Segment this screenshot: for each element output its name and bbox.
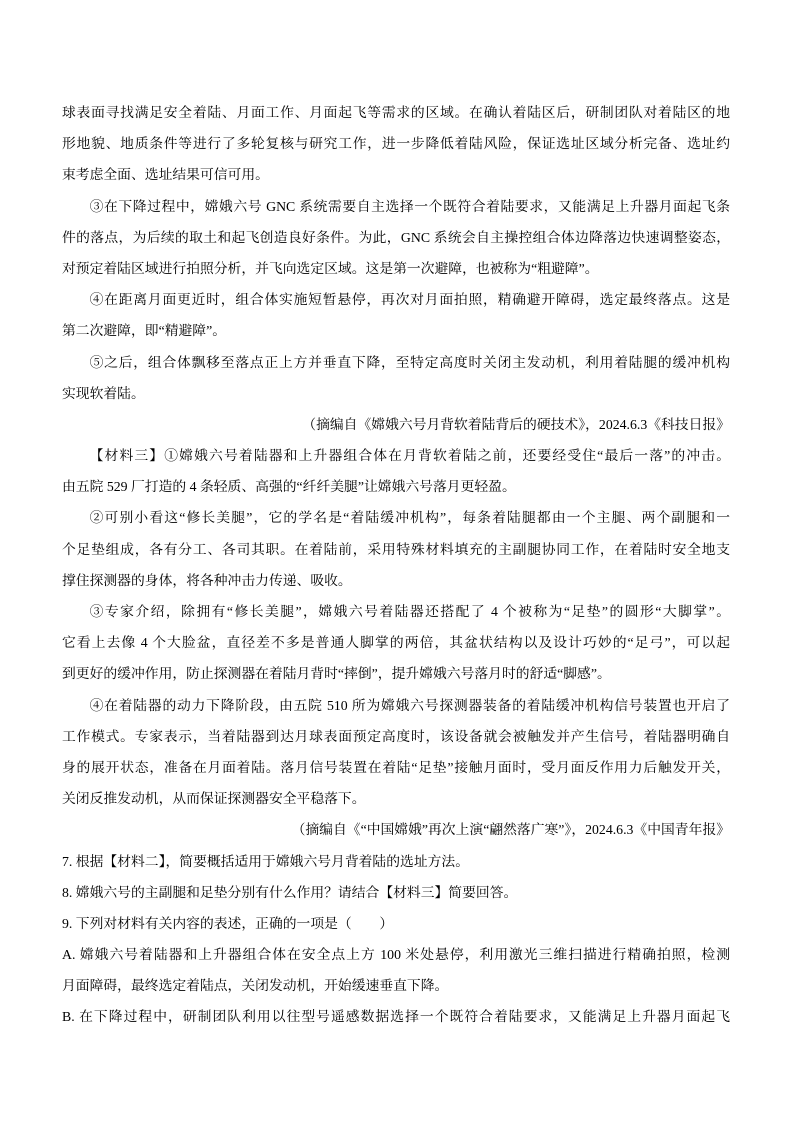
text-line: （摘编自《嫦娥六号月背软着陆背后的硬技术》，2024.6.3《科技日报》 bbox=[62, 409, 730, 440]
text-line: ③在下降过程中，嫦娥六号 GNC 系统需要自主选择一个既符合着陆要求，又能满足上… bbox=[62, 191, 730, 222]
text-line: 个足垫组成，各有分工、各司其职。在着陆前，采用特殊材料填充的主副腿协同工作，在着… bbox=[62, 534, 730, 565]
text-line: 形地貌、地质条件等进行了多轮复核与研究工作，进一步降低着陆风险，保证选址区域分析… bbox=[62, 128, 730, 159]
text-line: 球表面寻找满足安全着陆、月面工作、月面起飞等需求的区域。在确认着陆区后，研制团队… bbox=[62, 97, 730, 128]
document-page: 球表面寻找满足安全着陆、月面工作、月面起飞等需求的区域。在确认着陆区后，研制团队… bbox=[0, 0, 794, 1123]
text-line: 月面障碍，最终选定着陆点，关闭发动机，开始缓速垂直下降。 bbox=[62, 970, 730, 1001]
text-line: ③专家介绍，除拥有“修长美腿”，嫦娥六号着陆器还搭配了 4 个被称为“足垫”的圆… bbox=[62, 596, 730, 627]
text-line: 【材料三】①嫦娥六号着陆器和上升器组合体在月背软着陆之前，还要经受住“最后一落”… bbox=[62, 440, 730, 471]
text-line: 第二次避障，即“精避障”。 bbox=[62, 315, 730, 346]
text-line: ④在着陆器的动力下降阶段，由五院 510 所为嫦娥六号探测器装备的着陆缓冲机构信… bbox=[62, 690, 730, 721]
text-line: 8. 嫦娥六号的主副腿和足垫分别有什么作用？请结合【材料三】简要回答。 bbox=[62, 877, 730, 908]
text-line: 撑住探测器的身体，将各种冲击力传递、吸收。 bbox=[62, 565, 730, 596]
text-line: 到更好的缓冲作用，防止探测器在着陆月背时“摔倒”，提升嫦娥六号落月时的舒适“脚感… bbox=[62, 658, 730, 689]
text-line: 束考虑全面、选址结果可信可用。 bbox=[62, 159, 730, 190]
text-line: 9. 下列对材料有关内容的表述，正确的一项是（ ） bbox=[62, 908, 730, 939]
text-line: 7. 根据【材料二】，简要概括适用于嫦娥六号月背着陆的选址方法。 bbox=[62, 846, 730, 877]
text-line: B. 在下降过程中，研制团队利用以往型号遥感数据选择一个既符合着陆要求，又能满足… bbox=[62, 1001, 730, 1032]
text-line: 身的展开状态，准备在月面着陆。落月信号装置在着陆“足垫”接触月面时，受月面反作用… bbox=[62, 752, 730, 783]
text-line: 实现软着陆。 bbox=[62, 378, 730, 409]
text-line: ④在距离月面更近时，组合体实施短暂悬停，再次对月面拍照，精确避开障碍，选定最终落… bbox=[62, 284, 730, 315]
document-body: 球表面寻找满足安全着陆、月面工作、月面起飞等需求的区域。在确认着陆区后，研制团队… bbox=[62, 97, 730, 1033]
text-line: ⑤之后，组合体飘移至落点正上方并垂直下降，至特定高度时关闭主发动机，利用着陆腿的… bbox=[62, 347, 730, 378]
text-line: （摘编自《“中国嫦娥”再次上演“翩然落广寒”》，2024.6.3《中国青年报》 bbox=[62, 814, 730, 845]
text-line: 件的落点，为后续的取土和起飞创造良好条件。为此，GNC 系统会自主操控组合体边降… bbox=[62, 222, 730, 253]
text-line: ②可别小看这“修长美腿”，它的学名是“着陆缓冲机构”，每条着陆腿都由一个主腿、两… bbox=[62, 502, 730, 533]
text-line: 它看上去像 4 个大脸盆，直径差不多是普通人脚掌的两倍，其盆状结构以及设计巧妙的… bbox=[62, 627, 730, 658]
text-line: 工作模式。专家表示，当着陆器到达月球表面预定高度时，该设备就会被触发并产生信号，… bbox=[62, 721, 730, 752]
text-line: 关闭反推发动机，从而保证探测器安全平稳落下。 bbox=[62, 783, 730, 814]
text-line: 对预定着陆区域进行拍照分析，并飞向选定区域。这是第一次避障，也被称为“粗避障”。 bbox=[62, 253, 730, 284]
text-line: 由五院 529 厂打造的 4 条轻质、高强的“纤纤美腿”让嫦娥六号落月更轻盈。 bbox=[62, 471, 730, 502]
text-line: A. 嫦娥六号着陆器和上升器组合体在安全点上方 100 米处悬停，利用激光三维扫… bbox=[62, 939, 730, 970]
